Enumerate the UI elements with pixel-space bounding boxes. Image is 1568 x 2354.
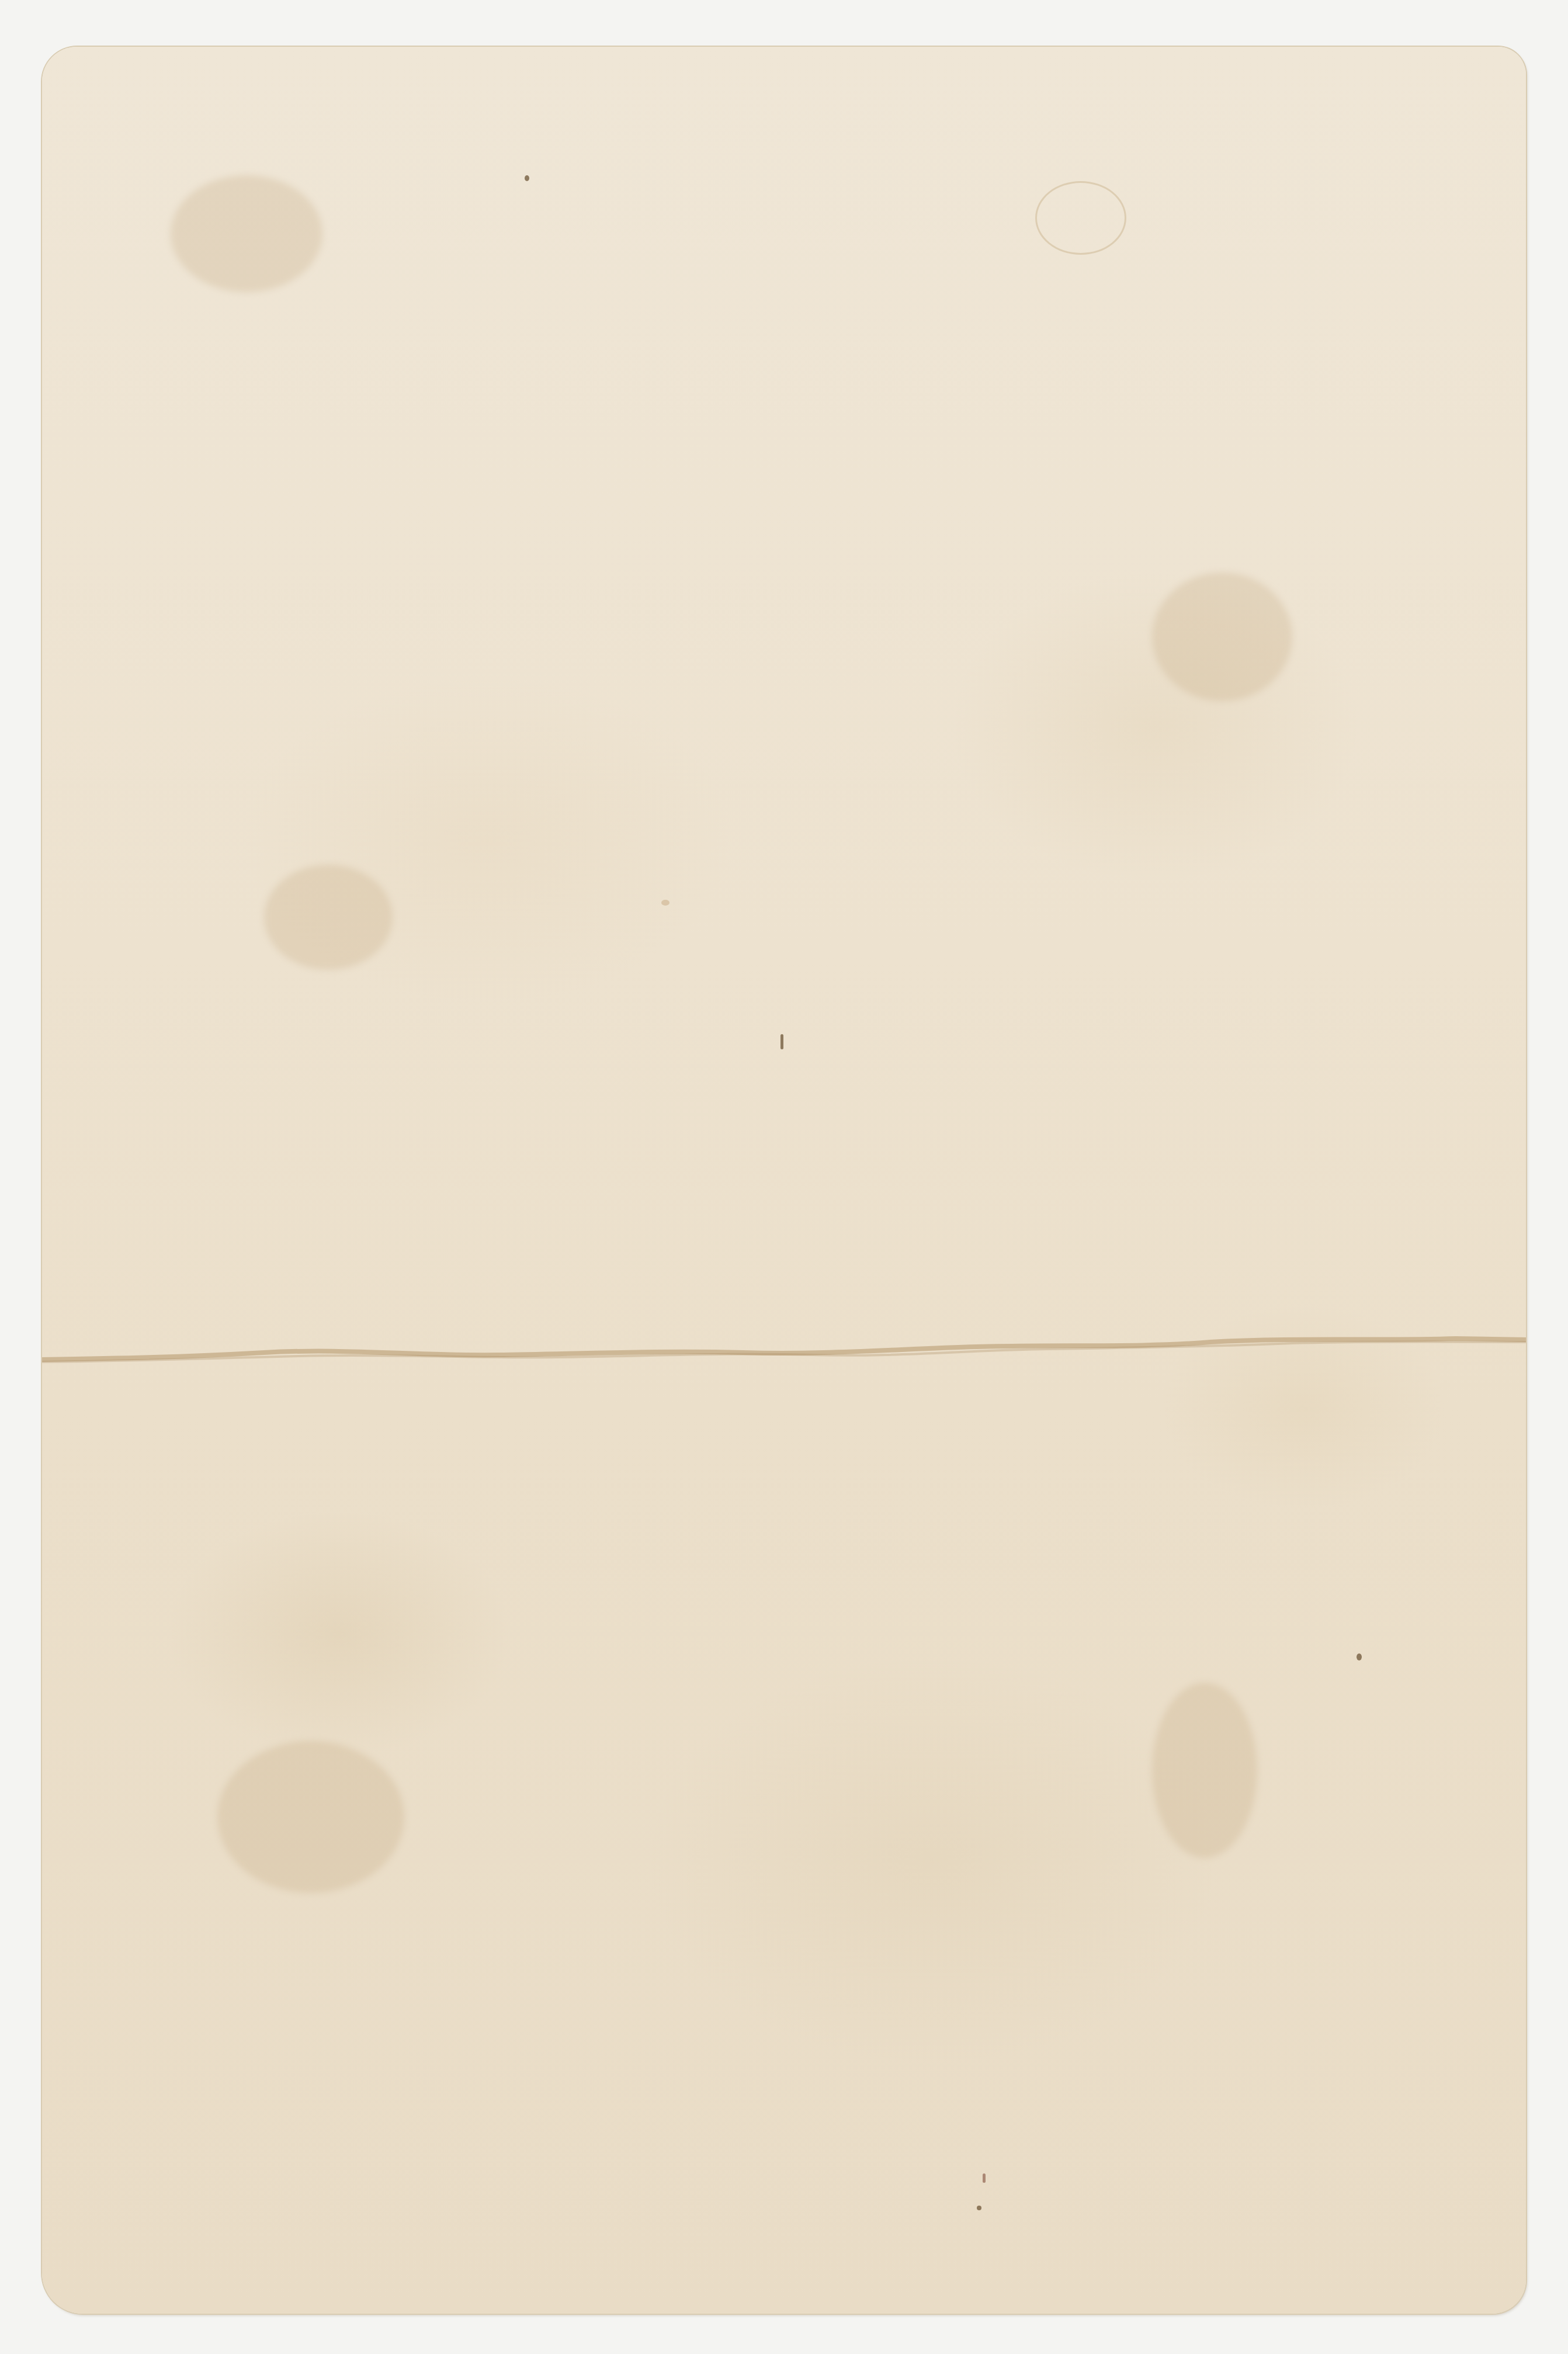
- foxing-spot: [661, 900, 669, 906]
- stain-scuff: [217, 1741, 404, 1893]
- foxing-spot: [977, 2206, 981, 2210]
- foxing-spot: [1357, 1653, 1362, 1660]
- foxing-spot: [983, 2173, 986, 2183]
- stain-scuff: [1152, 1683, 1257, 1858]
- water-stain-ring: [1035, 181, 1126, 255]
- foxing-spot: [780, 1034, 783, 1049]
- stain-scuff: [1152, 573, 1292, 701]
- stain-scuff: [264, 865, 393, 970]
- horizontal-crease: [42, 1335, 1526, 1370]
- crease-line-graphic: [42, 1335, 1526, 1370]
- aged-card: [42, 47, 1526, 2314]
- stain-scuff: [171, 175, 322, 292]
- foxing-spot: [525, 175, 529, 181]
